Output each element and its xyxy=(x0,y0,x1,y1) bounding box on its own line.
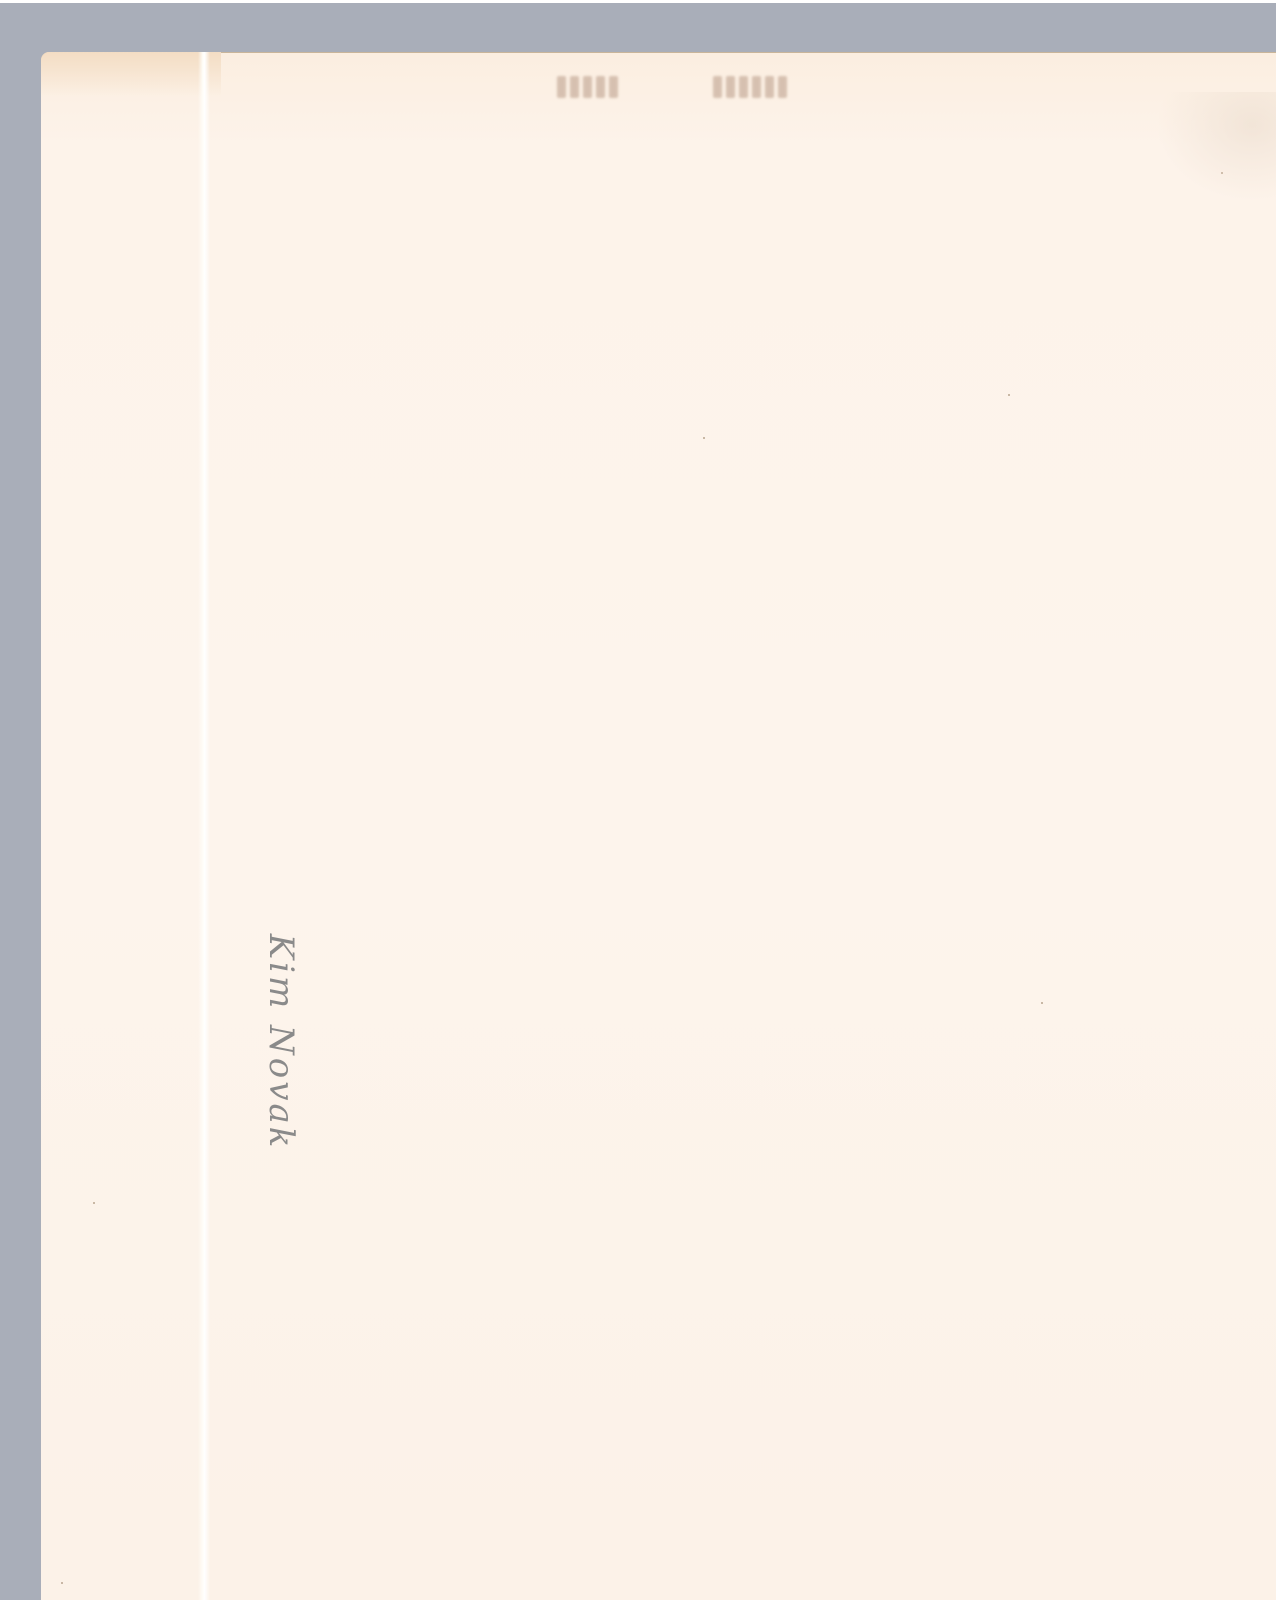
paper-speck xyxy=(93,1202,95,1204)
handwritten-name: Kim Novak xyxy=(261,912,301,1172)
bleed-through-stamp-right xyxy=(713,76,787,98)
fold-crease xyxy=(198,52,210,1600)
paper-speck xyxy=(1221,172,1223,174)
paper-speck xyxy=(703,437,705,439)
paper-speck xyxy=(1008,394,1010,396)
paper-speck xyxy=(1041,1002,1043,1004)
paper-sheet: Kim Novak xyxy=(41,52,1276,1600)
paper-speck xyxy=(61,1582,63,1584)
bleed-through-stamp-left xyxy=(557,76,618,98)
